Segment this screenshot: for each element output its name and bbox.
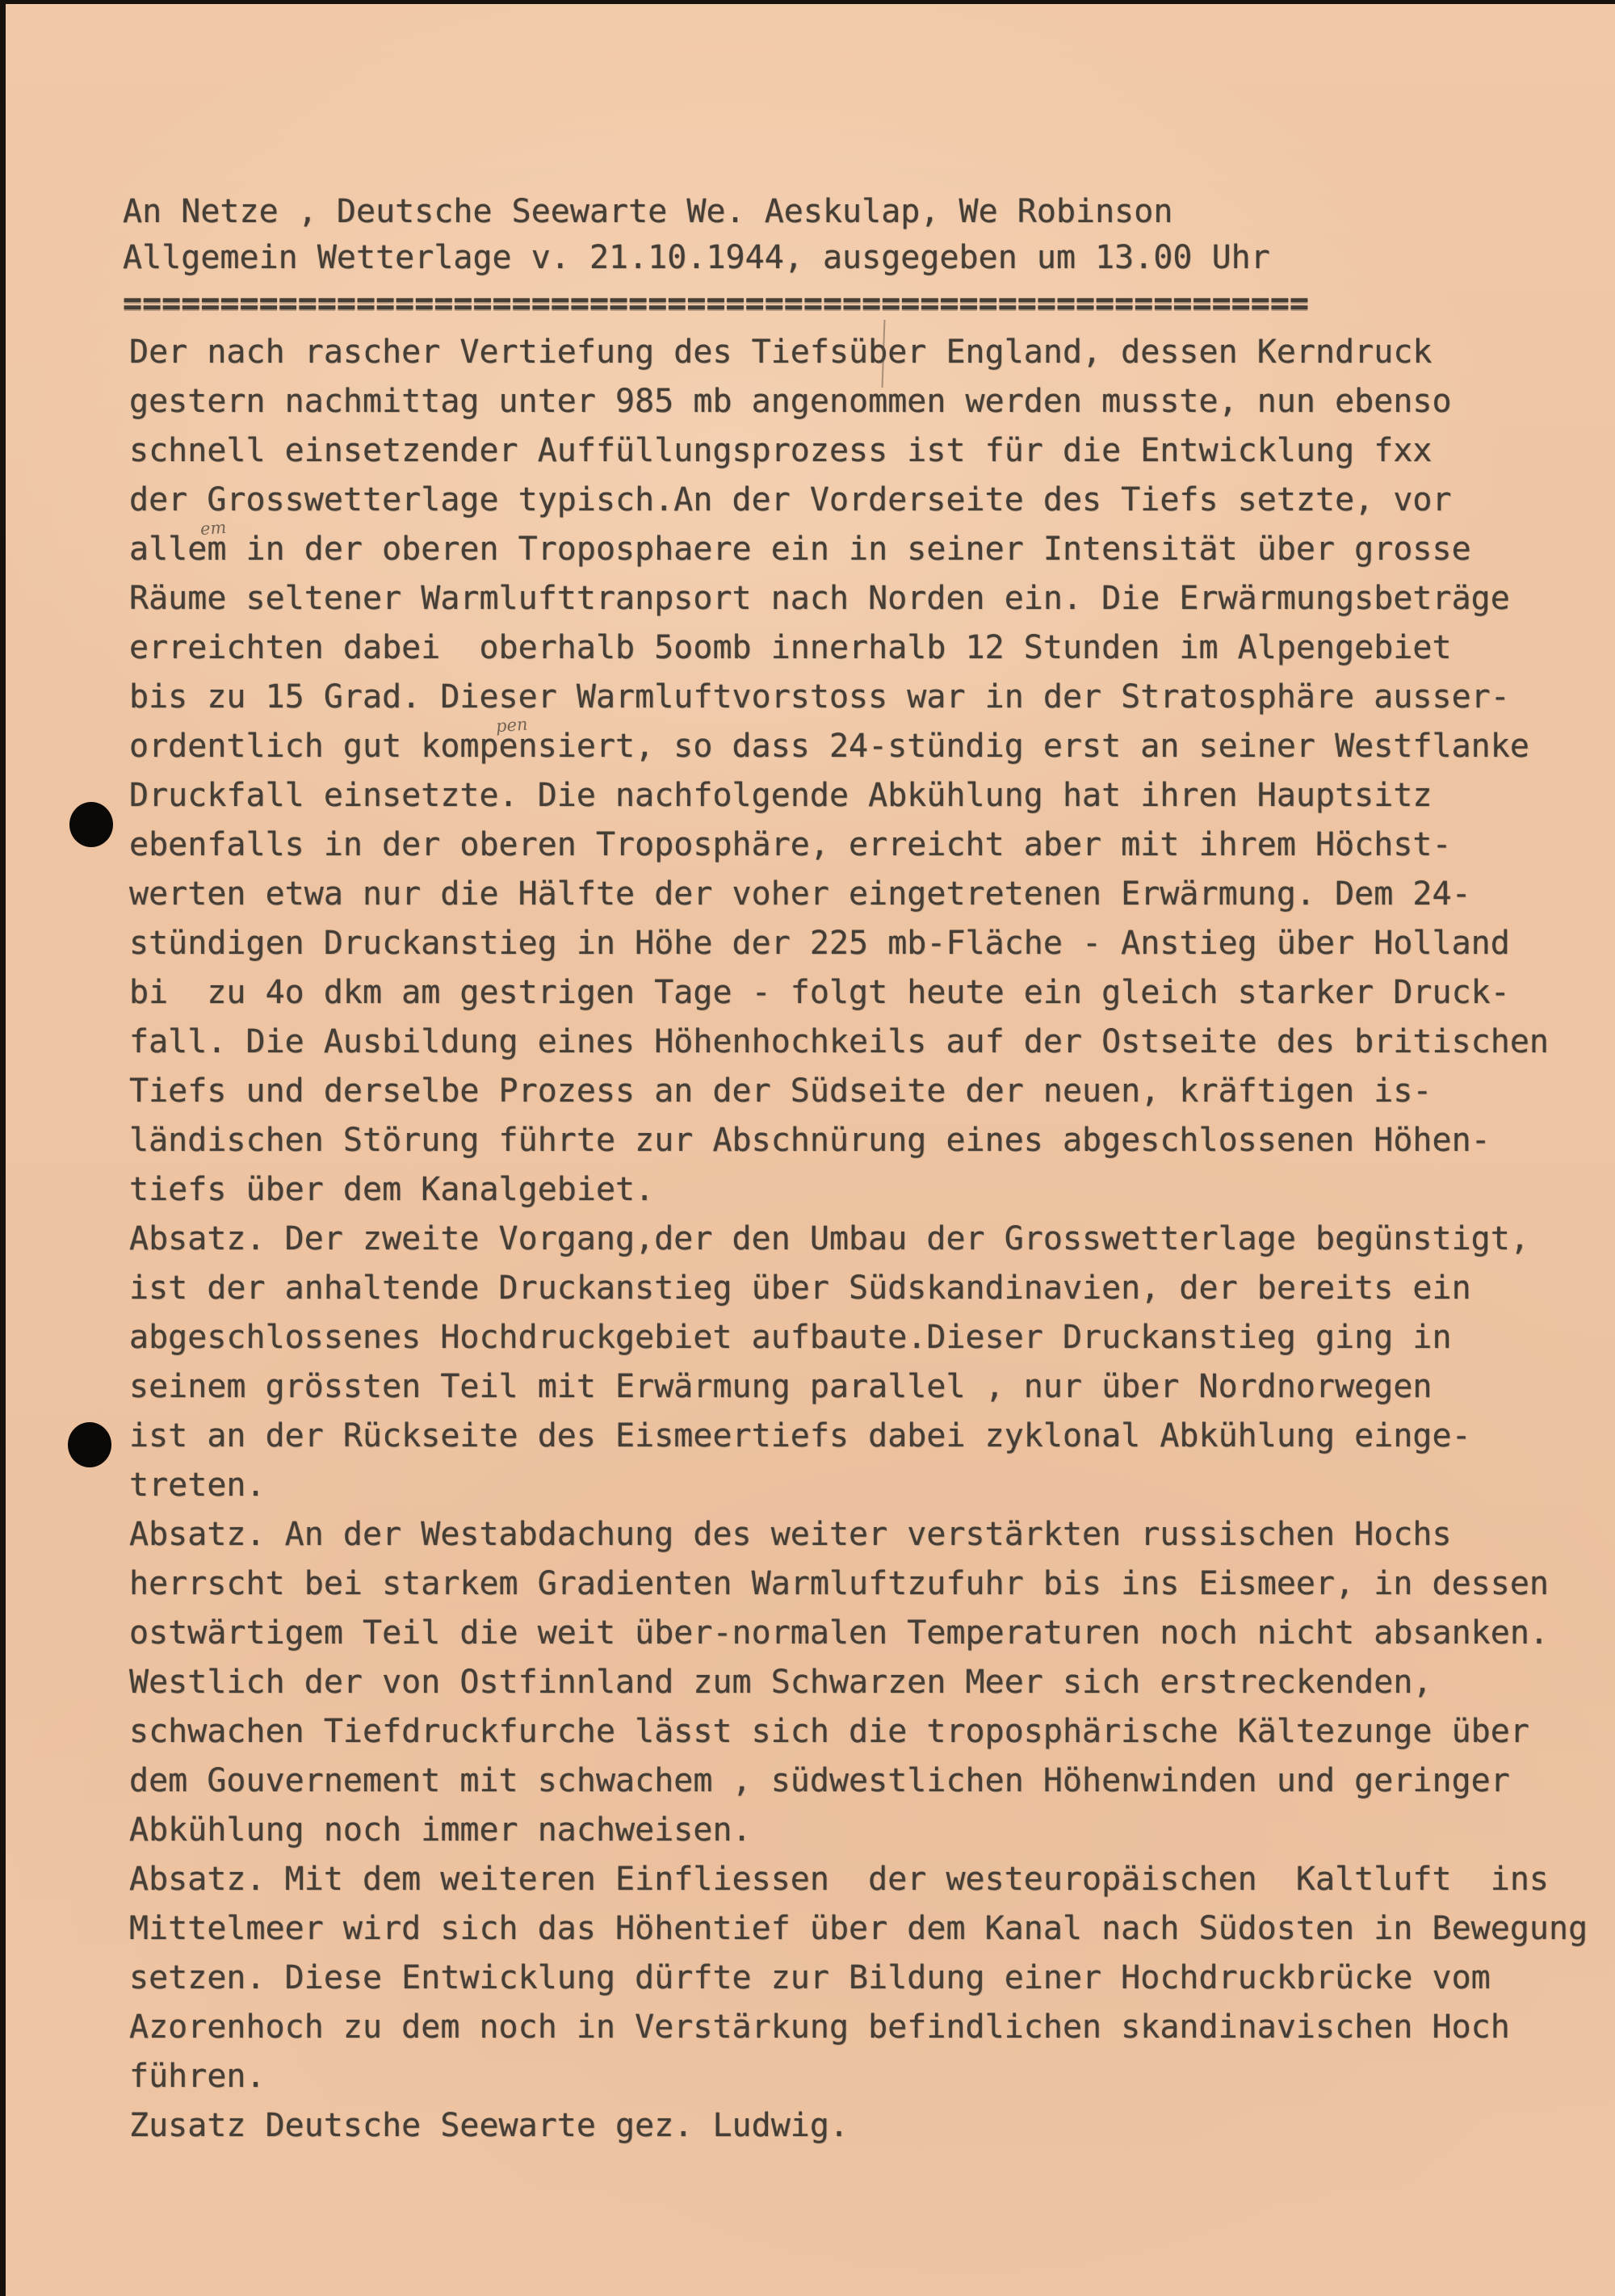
body-line: fall. Die Ausbildung eines Höhenhochkeil… <box>129 1018 1615 1067</box>
recipient-line: An Netze , Deutsche Seewarte We. Aeskula… <box>123 189 1309 235</box>
body-line: erreichten dabei oberhalb 5oomb innerhal… <box>129 623 1615 673</box>
body-line: ordentlich gut kompensiert, so dass 24-s… <box>129 722 1615 771</box>
body-line: Zusatz Deutsche Seewarte gez. Ludwig. <box>129 2101 1615 2151</box>
body-line: abgeschlossenes Hochdruckgebiet aufbaute… <box>129 1313 1615 1362</box>
body-line: ländischen Störung führte zur Abschnürun… <box>129 1116 1615 1165</box>
body-line: ebenfalls in der oberen Troposphäre, err… <box>129 821 1615 870</box>
scan-edge-left <box>0 0 6 2296</box>
body-line: ostwärtigem Teil die weit über-normalen … <box>129 1609 1615 1658</box>
body-line: setzen. Diese Entwicklung dürfte zur Bil… <box>129 1954 1615 2003</box>
body-line: allem in der oberen Troposphaere ein in … <box>129 525 1615 574</box>
body-line: Absatz. An der Westabdachung des weiter … <box>129 1510 1615 1559</box>
punch-hole <box>68 1422 111 1467</box>
body-line: der Grosswetterlage typisch.An der Vorde… <box>129 476 1615 525</box>
body-line: Der nach rascher Vertiefung des Tiefsübe… <box>129 328 1615 377</box>
body-line: Absatz. Mit dem weiteren Einfliessen der… <box>129 1855 1615 1904</box>
body-line: seinem grössten Teil mit Erwärmung paral… <box>129 1362 1615 1412</box>
body-line: Westlich der von Ostfinnland zum Schwarz… <box>129 1658 1615 1707</box>
body-line: Absatz. Der zweite Vorgang,der den Umbau… <box>129 1215 1615 1264</box>
body-line: Azorenhoch zu dem noch in Verstärkung be… <box>129 2003 1615 2052</box>
body-line: werten etwa nur die Hälfte der voher ein… <box>129 870 1615 919</box>
body-line: gestern nachmittag unter 985 mb angenomm… <box>129 377 1615 426</box>
document-body: Der nach rascher Vertiefung des Tiefsübe… <box>129 328 1615 2151</box>
body-line: Mittelmeer wird sich das Höhentief über … <box>129 1904 1615 1954</box>
body-line: Tiefs und derselbe Prozess an der Südsei… <box>129 1067 1615 1116</box>
document-header: An Netze , Deutsche Seewarte We. Aeskula… <box>123 189 1309 327</box>
body-line: dem Gouvernement mit schwachem , südwest… <box>129 1757 1615 1806</box>
body-line: führen. <box>129 2052 1615 2101</box>
body-line: stündigen Druckanstieg in Höhe der 225 m… <box>129 919 1615 968</box>
body-line: Abkühlung noch immer nachweisen. <box>129 1806 1615 1855</box>
separator-line: ========================================… <box>123 281 1309 327</box>
title-line: Allgemein Wetterlage v. 21.10.1944, ausg… <box>123 235 1309 281</box>
body-line: Räume seltener Warmlufttranpsort nach No… <box>129 574 1615 623</box>
body-line: bis zu 15 Grad. Dieser Warmluftvorstoss … <box>129 673 1615 722</box>
body-line: ist der anhaltende Druckanstieg über Süd… <box>129 1264 1615 1313</box>
body-line: tiefs über dem Kanalgebiet. <box>129 1165 1615 1215</box>
handwritten-note-em: em <box>199 518 227 539</box>
body-line: treten. <box>129 1461 1615 1510</box>
body-line: schnell einsetzender Auffüllungsprozess … <box>129 426 1615 476</box>
body-line: Druckfall einsetzte. Die nachfolgende Ab… <box>129 771 1615 821</box>
document-page: An Netze , Deutsche Seewarte We. Aeskula… <box>0 0 1615 2296</box>
scan-edge-top <box>0 0 1615 4</box>
body-line: herrscht bei starkem Gradienten Warmluft… <box>129 1559 1615 1609</box>
body-line: schwachen Tiefdruckfurche lässt sich die… <box>129 1707 1615 1757</box>
body-line: ist an der Rückseite des Eismeertiefs da… <box>129 1412 1615 1461</box>
handwritten-note-pen: pen <box>495 715 528 737</box>
punch-hole <box>69 802 113 847</box>
body-line: bi zu 4o dkm am gestrigen Tage - folgt h… <box>129 968 1615 1018</box>
